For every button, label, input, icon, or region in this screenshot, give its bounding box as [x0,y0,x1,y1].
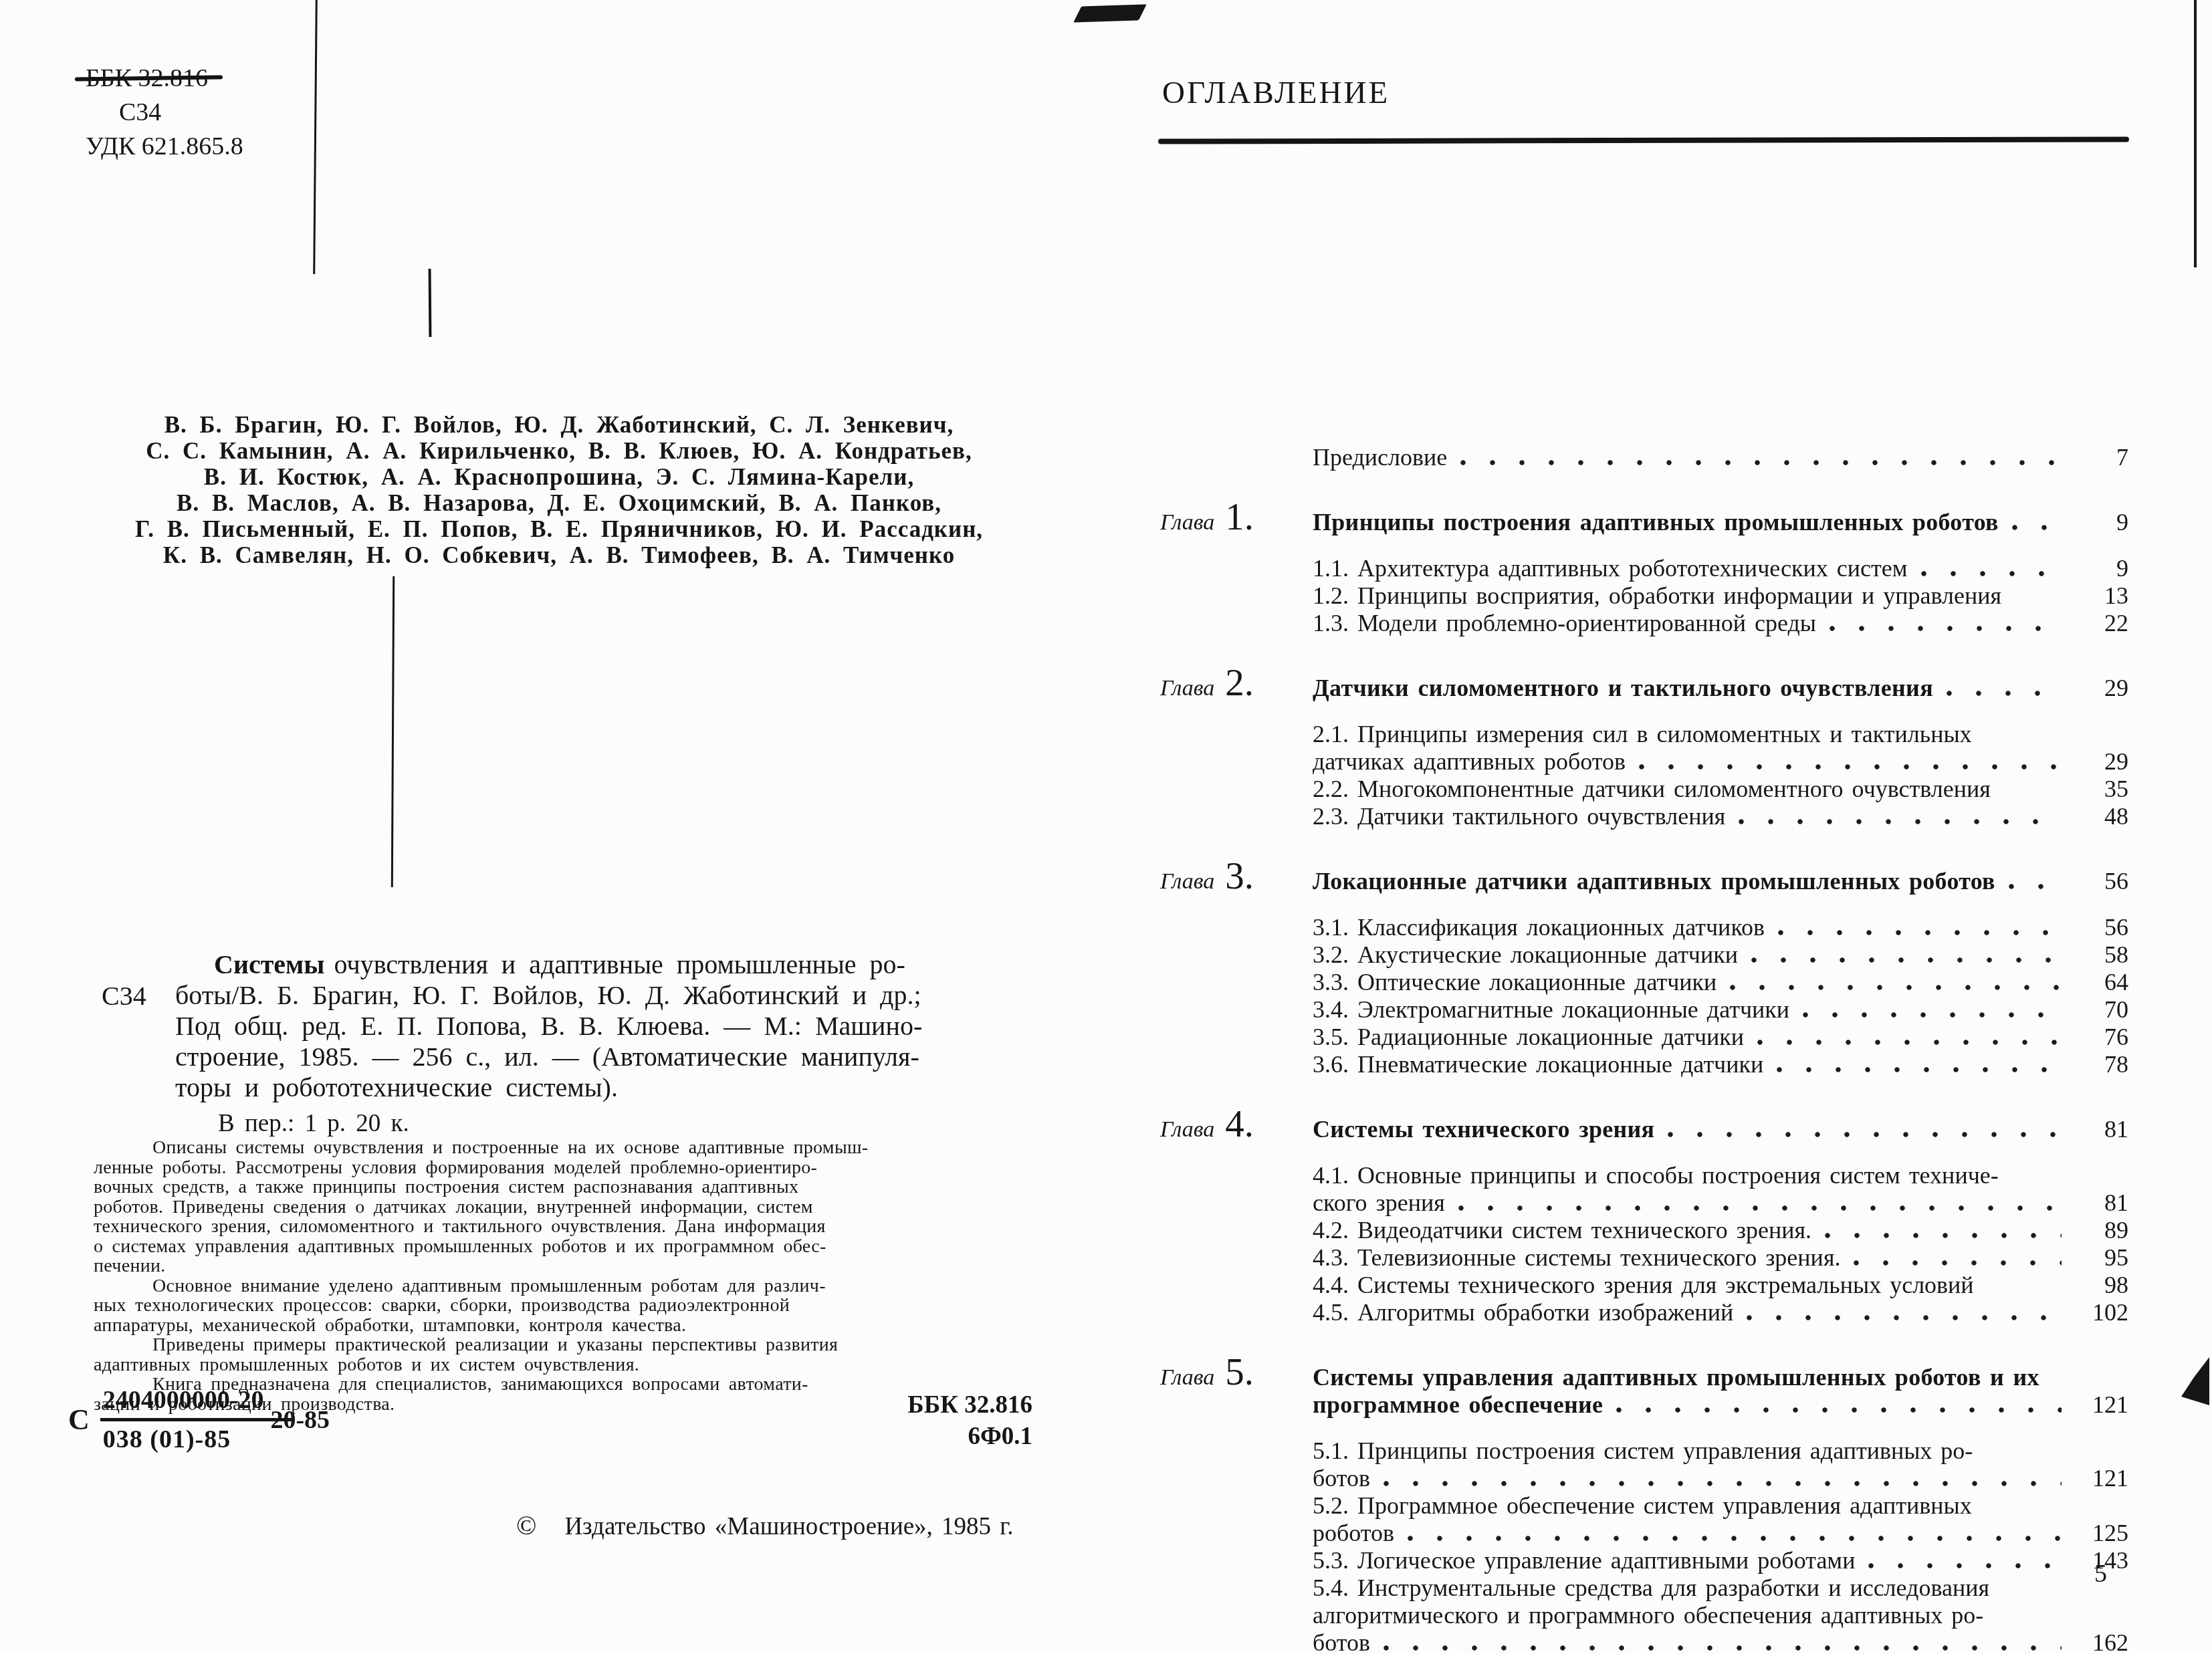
chapter-number: 3. [1225,855,1254,897]
chapter-label: Глава3. [1160,862,1254,895]
toc-page-number: 81 [2072,1116,2128,1143]
page-title: ОГЛАВЛЕНИЕ [1162,75,1390,111]
toc-chapter: Глава5.Системы управления адаптивных про… [1160,1364,2128,1419]
toc-line: 3.6. Пневматические локационные датчики7… [1313,1051,2128,1078]
toc-entry-body: 4.5. Алгоритмы обработки изображений102 [1313,1299,2128,1326]
toc-entry: 3.3. Оптические локационные датчики64 [1160,969,2128,996]
toc-line: ботов121 [1313,1465,2128,1492]
toc-line: 2.1. Принципы измерения сил в силомомент… [1313,721,2128,748]
leader-dots [1739,803,2062,830]
leader-dots [1921,555,2062,582]
title-rule [1158,136,2129,144]
toc-entry-body: 1.1. Архитектура адаптивных робототехнич… [1313,555,2128,582]
toc-line: 5.3. Логическое управление адаптивными р… [1313,1547,2128,1574]
toc-entry-body: 3.2. Акустические локационные датчики58 [1313,941,2128,969]
leader-dots [1408,1520,2062,1547]
toc-text: 5.3. Логическое управление адаптивными р… [1313,1547,1855,1574]
toc-page-number: 9 [2072,509,2128,536]
toc-page-number: 22 [2072,610,2128,637]
toc-entry-body: 3.3. Оптические локационные датчики64 [1313,969,2128,996]
toc-text: 4.5. Алгоритмы обработки изображений [1313,1299,1733,1326]
toc-text: 3.1. Классификация локационных датчиков [1313,914,1765,941]
toc-line: алгоритмического и программного обеспече… [1313,1602,2128,1629]
toc-entry: 1.2. Принципы восприятия, обработки инфо… [1160,582,2128,610]
toc-page-number: 35 [2072,776,2128,803]
toc-page-number: 29 [2072,675,2128,702]
toc-page-number: 125 [2072,1520,2128,1547]
toc-line: 4.2. Видеодатчики систем технического зр… [1313,1217,2128,1244]
leader-dots [1854,1244,2062,1272]
toc-text: 1.1. Архитектура адаптивных робототехнич… [1313,555,1908,582]
toc-page-number: 13 [2072,582,2128,610]
toc-entry-body: 1.2. Принципы восприятия, обработки инфо… [1313,582,2128,610]
toc-entry-body: 4.3. Телевизионные системы технического … [1313,1244,2128,1272]
toc-entry: 3.6. Пневматические локационные датчики7… [1160,1051,2128,1078]
toc-entry: 4.1. Основные принципы и способы построе… [1160,1162,2128,1217]
toc-text: 3.4. Электромагнитные локационные датчик… [1313,996,1789,1024]
toc-text: 3.2. Акустические локационные датчики [1313,941,1738,969]
toc-line: Предисловие7 [1313,444,2128,471]
leader-dots [1830,610,2062,637]
toc-line: 5.4. Инструментальные средства для разра… [1313,1574,2128,1602]
toc-page-number: 29 [2072,748,2128,776]
toc-entry-body: 3.1. Классификация локационных датчиков5… [1313,914,2128,941]
leader-dots [1668,1116,2062,1143]
leader-dots [1777,1051,2062,1078]
toc-text: 2.3. Датчики тактильного очувствления [1313,803,1725,830]
toc-entry: Предисловие7 [1160,444,2128,471]
toc-entry-body: Локационные датчики адаптивных промышлен… [1313,868,2128,895]
leader-dots [1757,1024,2062,1051]
toc-page-number: 121 [2072,1465,2128,1492]
toc-entry-body: 3.6. Пневматические локационные датчики7… [1313,1051,2128,1078]
leader-dots [1460,444,2062,471]
leader-dots [2012,509,2062,536]
toc-text: 4.3. Телевизионные системы технического … [1313,1244,1840,1272]
leader-dots [1868,1547,2062,1574]
toc-entry-body: 5.3. Логическое управление адаптивными р… [1313,1547,2128,1574]
toc-text: 5.4. Инструментальные средства для разра… [1313,1574,1989,1602]
toc-entry-body: 4.2. Видеодатчики систем технического зр… [1313,1217,2128,1244]
toc-entry: 3.2. Акустические локационные датчики58 [1160,941,2128,969]
toc-text: 1.3. Модели проблемно-ориентированной ср… [1313,610,1816,637]
toc-entry-body: 5.4. Инструментальные средства для разра… [1313,1574,2128,1654]
toc-page-number: 7 [2072,444,2128,471]
toc-page-number: 56 [2072,868,2128,895]
toc-line: Системы управления адаптивных промышленн… [1313,1364,2128,1391]
toc-page-number: 95 [2072,1244,2128,1272]
leader-dots [1751,941,2062,969]
toc-page-number: 81 [2072,1189,2128,1217]
toc-line: ботов162 [1313,1629,2128,1654]
leader-dots [1947,675,2062,702]
toc-page-number: 162 [2072,1629,2128,1654]
leader-dots [1747,1299,2062,1326]
leader-dots [1778,914,2062,941]
toc-line: Принципы построения адаптивных промышлен… [1313,509,2128,536]
toc-entry: 5.2. Программное обеспечение систем упра… [1160,1492,2128,1547]
toc-entry-body: 4.1. Основные принципы и способы построе… [1313,1162,2128,1217]
toc-text: 5.2. Программное обеспечение систем упра… [1313,1492,1972,1520]
toc-entry-body: Системы технического зрения81 [1313,1116,2128,1143]
toc-entry-body: 2.2. Многокомпонентные датчики силомомен… [1313,776,2128,803]
toc-line: Локационные датчики адаптивных промышлен… [1313,868,2128,895]
toc-entry: 4.2. Видеодатчики систем технического зр… [1160,1217,2128,1244]
toc-entry: 1.3. Модели проблемно-ориентированной ср… [1160,610,2128,637]
toc-line: Датчики силомоментного и тактильного очу… [1313,675,2128,702]
toc-entry-body: Датчики силомоментного и тактильного очу… [1313,675,2128,702]
toc-text: 3.6. Пневматические локационные датчики [1313,1051,1763,1078]
toc-entry-body: 5.2. Программное обеспечение систем упра… [1313,1492,2128,1547]
toc-entry-body: Предисловие7 [1313,444,2128,471]
chapter-word: Глава [1160,1365,1214,1390]
leader-dots [1825,1217,2062,1244]
toc-text: Предисловие [1313,444,1447,471]
toc-entry-body: 5.1. Принципы построения систем управлен… [1313,1437,2128,1492]
toc-text: ботов [1313,1465,1370,1492]
toc-line: 4.4. Системы технического зрения для экс… [1313,1272,2128,1299]
toc-chapter: Глава1.Принципы построения адаптивных пр… [1160,509,2128,536]
toc-line: 1.3. Модели проблемно-ориентированной ср… [1313,610,2128,637]
toc-entry: 2.3. Датчики тактильного очувствления48 [1160,803,2128,830]
toc-entry: 4.4. Системы технического зрения для экс… [1160,1272,2128,1299]
toc-line: 2.2. Многокомпонентные датчики силомомен… [1313,776,2128,803]
toc-line: 3.4. Электромагнитные локационные датчик… [1313,996,2128,1024]
toc-entry: 1.1. Архитектура адаптивных робототехнич… [1160,555,2128,582]
toc-page-number: 89 [2072,1217,2128,1244]
toc-entry-body: 4.4. Системы технического зрения для экс… [1313,1272,2128,1299]
chapter-label: Глава2. [1160,669,1254,702]
toc-line: 5.1. Принципы построения систем управлен… [1313,1437,2128,1465]
toc-text: 2.1. Принципы измерения сил в силомомент… [1313,721,1972,748]
toc-page-number: 48 [2072,803,2128,830]
chapter-label: Глава1. [1160,503,1254,536]
toc-entry: 5.4. Инструментальные средства для разра… [1160,1574,2128,1654]
toc-text: ботов [1313,1629,1370,1654]
toc-text: ского зрения [1313,1189,1445,1217]
toc-page-number: 64 [2072,969,2128,996]
toc-line: программное обеспечение121 [1313,1391,2128,1419]
chapter-label: Глава5. [1160,1358,1254,1391]
toc-text: 3.5. Радиационные локационные датчики [1313,1024,1744,1051]
toc-page-number: 102 [2072,1299,2128,1326]
toc-line: роботов125 [1313,1520,2128,1547]
leader-dots [1730,969,2062,996]
toc-text: датчиках адаптивных роботов [1313,748,1626,776]
toc-chapter: Глава3.Локационные датчики адаптивных пр… [1160,868,2128,895]
toc-entry-body: 3.4. Электромагнитные локационные датчик… [1313,996,2128,1024]
toc-text: Датчики силомоментного и тактильного очу… [1313,675,1933,702]
chapter-word: Глава [1160,869,1214,894]
chapter-number: 4. [1225,1103,1254,1145]
contents-page: ОГЛАВЛЕНИЕ Предисловие7Глава1.Принципы п… [0,0,2212,1654]
toc-line: 3.1. Классификация локационных датчиков5… [1313,914,2128,941]
toc-line: 3.2. Акустические локационные датчики58 [1313,941,2128,969]
leader-dots [1384,1629,2062,1654]
toc-entry: 4.3. Телевизионные системы технического … [1160,1244,2128,1272]
toc-page-number: 56 [2072,914,2128,941]
toc-chapter: Глава2.Датчики силомоментного и тактильн… [1160,675,2128,702]
toc-entry: 5.1. Принципы построения систем управлен… [1160,1437,2128,1492]
toc-text: 3.3. Оптические локационные датчики [1313,969,1717,996]
chapter-word: Глава [1160,676,1214,701]
toc-text: Принципы построения адаптивных промышлен… [1313,509,1999,536]
chapter-label: Глава4. [1160,1110,1254,1143]
toc-chapter: Глава4.Системы технического зрения81 [1160,1116,2128,1143]
toc-entry-body: 1.3. Модели проблемно-ориентированной ср… [1313,610,2128,637]
toc-list: Предисловие7Глава1.Принципы построения а… [1160,444,2128,1654]
toc-entry-body: 3.5. Радиационные локационные датчики76 [1313,1024,2128,1051]
toc-entry: 3.5. Радиационные локационные датчики76 [1160,1024,2128,1051]
toc-line: 2.3. Датчики тактильного очувствления48 [1313,803,2128,830]
leader-dots [1384,1465,2062,1492]
toc-entry: 4.5. Алгоритмы обработки изображений102 [1160,1299,2128,1326]
leader-dots [1803,996,2062,1024]
toc-entry-body: 2.1. Принципы измерения сил в силомомент… [1313,721,2128,776]
toc-line: 4.5. Алгоритмы обработки изображений102 [1313,1299,2128,1326]
toc-page-number: 58 [2072,941,2128,969]
chapter-number: 2. [1225,662,1254,704]
toc-text: Локационные датчики адаптивных промышлен… [1313,868,1995,895]
leader-dots [2009,868,2062,895]
toc-text: Системы управления адаптивных промышленн… [1313,1364,2039,1391]
page-number: 5 [2094,1559,2107,1588]
toc-text: роботов [1313,1520,1394,1547]
toc-entry: 5.3. Логическое управление адаптивными р… [1160,1547,2128,1574]
toc-text: алгоритмического и программного обеспече… [1313,1602,1983,1629]
toc-text: Системы технического зрения [1313,1116,1654,1143]
toc-text: 5.1. Принципы построения систем управлен… [1313,1437,1973,1465]
toc-page-number: 121 [2072,1391,2128,1419]
toc-page-number: 9 [2072,555,2128,582]
toc-entry: 2.2. Многокомпонентные датчики силомомен… [1160,776,2128,803]
chapter-number: 1. [1225,496,1254,538]
toc-text: 4.1. Основные принципы и способы построе… [1313,1162,1999,1189]
leader-dots [1458,1189,2062,1217]
toc-entry: 3.1. Классификация локационных датчиков5… [1160,914,2128,941]
toc-entry-body: Принципы построения адаптивных промышлен… [1313,509,2128,536]
toc-line: ского зрения81 [1313,1189,2128,1217]
toc-entry: 3.4. Электромагнитные локационные датчик… [1160,996,2128,1024]
toc-line: 3.5. Радиационные локационные датчики76 [1313,1024,2128,1051]
toc-page-number: 78 [2072,1051,2128,1078]
toc-page-number: 98 [2072,1272,2128,1299]
chapter-word: Глава [1160,1117,1214,1142]
book-spread: ББК 32.816 С34 УДК 621.865.8 В. Б. Браги… [0,0,2212,1654]
toc-text: 4.4. Системы технического зрения для экс… [1313,1272,1974,1299]
toc-page-number: 76 [2072,1024,2128,1051]
leader-dots [1639,748,2062,776]
toc-line: 3.3. Оптические локационные датчики64 [1313,969,2128,996]
chapter-word: Глава [1160,510,1214,535]
toc-line: 1.2. Принципы восприятия, обработки инфо… [1313,582,2128,610]
toc-text: 1.2. Принципы восприятия, обработки инфо… [1313,582,2001,610]
toc-line: Системы технического зрения81 [1313,1116,2128,1143]
toc-line: датчиках адаптивных роботов29 [1313,748,2128,776]
toc-entry-body: Системы управления адаптивных промышленн… [1313,1364,2128,1419]
toc-entry: 2.1. Принципы измерения сил в силомомент… [1160,721,2128,776]
toc-line: 4.3. Телевизионные системы технического … [1313,1244,2128,1272]
toc-text: 2.2. Многокомпонентные датчики силомомен… [1313,776,1991,803]
toc-entry-body: 2.3. Датчики тактильного очувствления48 [1313,803,2128,830]
toc-line: 1.1. Архитектура адаптивных робототехнич… [1313,555,2128,582]
toc-text: программное обеспечение [1313,1391,1603,1419]
toc-page-number: 70 [2072,996,2128,1024]
toc-line: 5.2. Программное обеспечение систем упра… [1313,1492,2128,1520]
leader-dots [1616,1391,2062,1419]
toc-line: 4.1. Основные принципы и способы построе… [1313,1162,2128,1189]
chapter-number: 5. [1225,1351,1254,1393]
toc-text: 4.2. Видеодатчики систем технического зр… [1313,1217,1811,1244]
